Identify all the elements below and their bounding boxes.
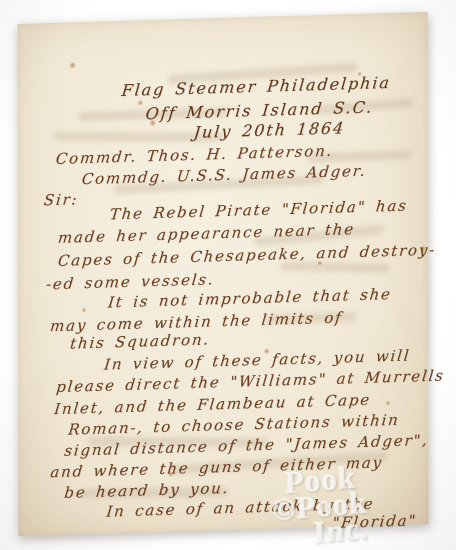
letter-salutation: Sir: [43, 190, 79, 209]
letter-body-line: The Rebel Pirate "Florida" has [109, 196, 409, 223]
foxing-spot [386, 401, 390, 405]
letter-heading-date: July 20th 1864 [193, 118, 346, 142]
letter-paper: Flag Steamer Philadelphia Off Morris Isl… [18, 12, 429, 536]
letter-body-line: "Florida" [331, 511, 418, 532]
letter-body-line: -ed some vessels. [45, 270, 215, 293]
letter-body-line: made her appearance near the [57, 220, 356, 247]
foxing-spot [138, 100, 143, 105]
foxing-spot [70, 62, 76, 68]
letter-heading-ship: Flag Steamer Philadelphia [121, 73, 392, 100]
foxing-spot [82, 308, 86, 312]
bleedthrough-mark [280, 261, 390, 273]
letter-body-line: be heard by you. [64, 479, 231, 502]
photo-background: Flag Steamer Philadelphia Off Morris Isl… [0, 0, 456, 550]
letter-body-line: this Squadron. [69, 330, 211, 352]
